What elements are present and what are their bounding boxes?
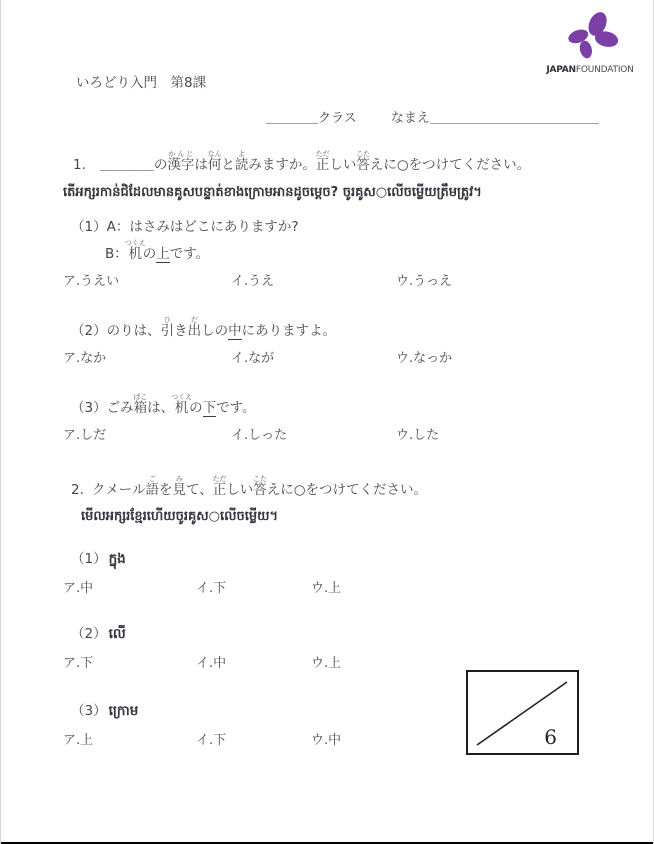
option-u: ウ.うっえ	[396, 270, 452, 289]
jf-wordmark: JAPANFOUNDATION	[545, 65, 635, 75]
japan-foundation-logo: JAPANFOUNDATION	[545, 10, 635, 75]
q1-item2-line: （2）のりは、引ひき出だしの中にありますよ。	[71, 316, 613, 340]
option-u: ウ.なっか	[396, 347, 452, 366]
q2-item3-label: （3）	[71, 703, 107, 719]
option-i: イ.下	[196, 577, 311, 596]
page-title: いろどり入門 第8課	[76, 74, 613, 92]
option-a: ア.下	[63, 652, 196, 671]
option-i: イ.下	[196, 729, 311, 748]
class-name-line: ＿＿＿＿クラス なまえ＿＿＿＿＿＿＿＿＿＿＿＿＿	[266, 107, 613, 126]
question-2-prompt: クメール語ごを見みて、正ただしい答こたえに○をつけてください。	[92, 482, 427, 498]
option-u: ウ.中	[311, 729, 341, 748]
q2-item2-khmer-word: លើ	[109, 626, 126, 642]
option-a: ア.うえい	[63, 270, 231, 289]
question-1-heading: 1.＿＿＿＿の漢字かんじは何なんと読よみますか。正ただしい答こたえに○をつけてく…	[73, 150, 613, 174]
option-i: イ.うえ	[231, 270, 396, 289]
name-label: なまえ	[391, 111, 430, 126]
option-i: イ.しった	[231, 424, 396, 443]
option-a: ア.なか	[63, 347, 231, 366]
question-2-number: 2.	[71, 482, 84, 498]
class-label: クラス	[318, 111, 357, 126]
option-i: イ.中	[196, 652, 311, 671]
q1-item1-options: ア.うえい イ.うえ ウ.うっえ	[63, 270, 613, 289]
question-1-khmer-instruction: តើអក្សរកាន់ជិដែលមានគូសបន្ទាត់ខាងក្រោមអាន…	[63, 184, 613, 203]
score-total: 6	[544, 725, 557, 749]
option-u: ウ.した	[396, 424, 439, 443]
q2-item2-word-line: （2）លើ	[71, 622, 613, 645]
option-u: ウ.上	[311, 652, 341, 671]
q2-item3-khmer-word: ក្រោម	[109, 703, 139, 719]
question-2-khmer-instruction: មើលអក្សរខ្មែរហើយចូរគូស○លើចម្លើយ។	[81, 508, 613, 527]
option-a: ア.しだ	[63, 424, 231, 443]
q2-item1-options: ア.中 イ.下 ウ.上	[63, 577, 613, 596]
q1-item3-options: ア.しだ イ.しった ウ.した	[63, 424, 613, 443]
worksheet-page: JAPANFOUNDATION いろどり入門 第8課 ＿＿＿＿クラス なまえ＿＿…	[0, 0, 654, 844]
q2-item2-label: （2）	[71, 626, 107, 642]
q2-item1-label: （1）	[71, 551, 107, 567]
q1-item3-line: （3）ごみ箱ばこは、机つくえの下です。	[71, 393, 613, 417]
q2-item1-khmer-word: ក្នុង	[109, 551, 126, 567]
jf-wordmark-bold: JAPAN	[546, 65, 576, 75]
class-blank-field: ＿＿＿＿	[266, 111, 318, 126]
option-i: イ.なが	[231, 347, 396, 366]
jf-wordmark-light: FOUNDATION	[576, 65, 634, 75]
q1-item2-options: ア.なか イ.なが ウ.なっか	[63, 347, 613, 366]
score-box: 6	[466, 670, 579, 755]
option-u: ウ.上	[311, 577, 341, 596]
option-a: ア.上	[63, 729, 196, 748]
q2-item1-word-line: （1）ក្នុង	[71, 547, 613, 570]
q2-item2-options: ア.下 イ.中 ウ.上	[63, 652, 613, 671]
q1-item1-line-a: （1）A：はさみはどこにありますか?	[71, 218, 613, 236]
q1-item1-line-b: B：机つくえの上です。	[105, 239, 613, 263]
jf-butterfly-icon	[559, 10, 621, 60]
score-divider-line	[468, 672, 577, 753]
question-2-heading: 2.クメール語ごを見みて、正ただしい答こたえに○をつけてください。	[71, 475, 613, 499]
question-1-number: 1.	[73, 157, 86, 173]
name-blank-field: ＿＿＿＿＿＿＿＿＿＿＿＿＿	[430, 111, 599, 126]
question-1-prompt: ＿＿＿＿の漢字かんじは何なんと読よみますか。正ただしい答こたえに○をつけてくださ…	[100, 157, 530, 173]
option-a: ア.中	[63, 577, 196, 596]
